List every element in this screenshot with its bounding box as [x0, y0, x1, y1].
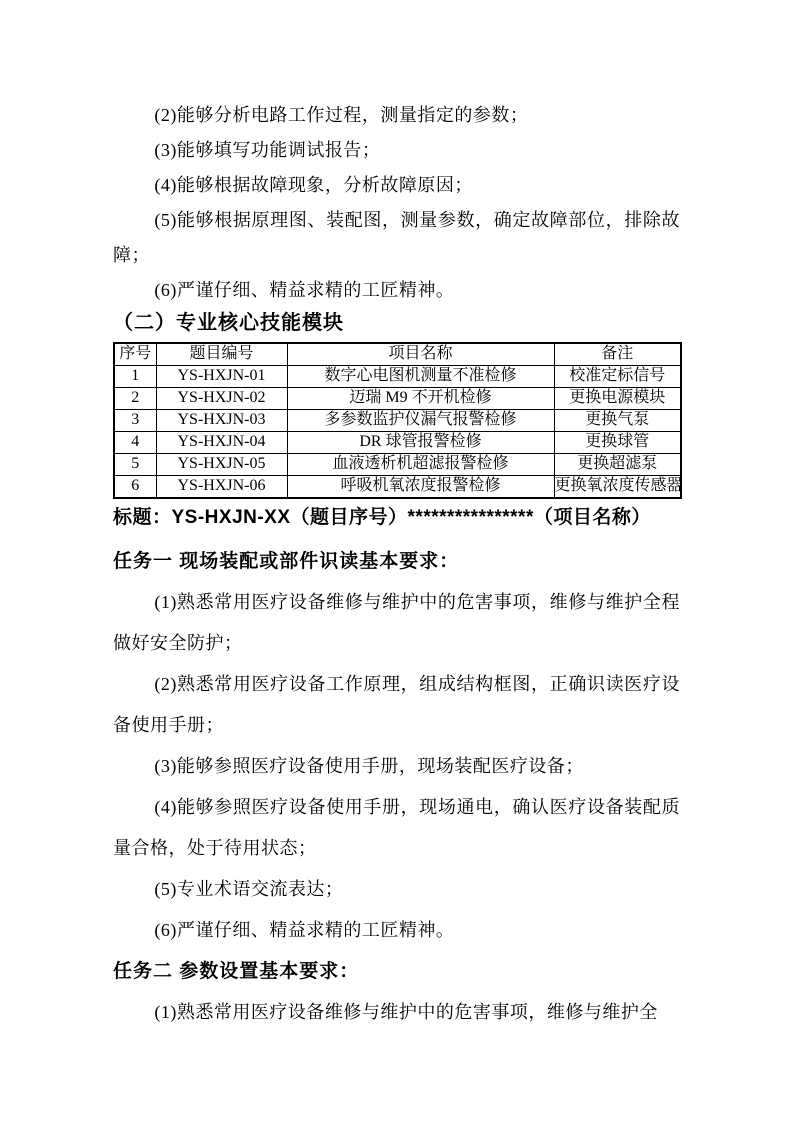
cell-note: 更换气泵 — [554, 410, 681, 432]
intro-item-5: (5)能够根据原理图、装配图，测量参数，确定故障部位，排除故障； — [113, 203, 680, 273]
task1-item-6: (6)严谨仔细、精益求精的工匠精神。 — [113, 910, 680, 951]
table-header-row: 序号 题目编号 项目名称 备注 — [114, 343, 681, 366]
cell-code: YS-HXJN-01 — [156, 366, 287, 388]
intro-item-6: (6)严谨仔细、精益求精的工匠精神。 — [113, 273, 680, 308]
cell-index: 1 — [114, 366, 156, 388]
cell-code: YS-HXJN-02 — [156, 388, 287, 410]
cell-index: 5 — [114, 454, 156, 476]
cell-name: 数字心电图机测量不准检修 — [287, 366, 554, 388]
table-row: 6 YS-HXJN-06 呼吸机氧浓度报警检修 更换氧浓度传感器 — [114, 476, 681, 499]
col-header-name: 项目名称 — [287, 343, 554, 366]
task1-item-2: (2)熟悉常用医疗设备工作原理，组成结构框图，正确识读医疗设备使用手册； — [113, 664, 680, 746]
task1-item-4: (4)能够参照医疗设备使用手册，现场通电，确认医疗设备装配质量合格，处于待用状态… — [113, 787, 680, 869]
cell-name: 多参数监护仪漏气报警检修 — [287, 410, 554, 432]
task1-item-1: (1)熟悉常用医疗设备维修与维护中的危害事项，维修与维护全程做好安全防护； — [113, 582, 680, 664]
table-row: 5 YS-HXJN-05 血液透析机超滤报警检修 更换超滤泵 — [114, 454, 681, 476]
cell-index: 6 — [114, 476, 156, 499]
title-line: 标题：YS-HXJN-XX（题目序号）****************（项目名称… — [113, 499, 680, 537]
cell-code: YS-HXJN-06 — [156, 476, 287, 499]
cell-note: 校准定标信号 — [554, 366, 681, 388]
cell-note: 更换电源模块 — [554, 388, 681, 410]
task2-heading: 任务二 参数设置基本要求： — [113, 951, 680, 992]
cell-code: YS-HXJN-05 — [156, 454, 287, 476]
intro-item-3: (3)能够填写功能调试报告； — [113, 133, 680, 168]
cell-note: 更换球管 — [554, 432, 681, 454]
cell-code: YS-HXJN-03 — [156, 410, 287, 432]
table-row: 1 YS-HXJN-01 数字心电图机测量不准检修 校准定标信号 — [114, 366, 681, 388]
document-page: (2)能够分析电路工作过程，测量指定的参数； (3)能够填写功能调试报告； (4… — [0, 0, 793, 1122]
task1-item-3: (3)能够参照医疗设备使用手册，现场装配医疗设备； — [113, 746, 680, 787]
table-row: 2 YS-HXJN-02 迈瑞 M9 不开机检修 更换电源模块 — [114, 388, 681, 410]
col-header-index: 序号 — [114, 343, 156, 366]
cell-name: 迈瑞 M9 不开机检修 — [287, 388, 554, 410]
intro-item-4: (4)能够根据故障现象，分析故障原因； — [113, 168, 680, 203]
table-row: 3 YS-HXJN-03 多参数监护仪漏气报警检修 更换气泵 — [114, 410, 681, 432]
intro-item-2: (2)能够分析电路工作过程，测量指定的参数； — [113, 98, 680, 133]
task1-item-5: (5)专业术语交流表达； — [113, 869, 680, 910]
section-heading: （二）专业核心技能模块 — [113, 308, 680, 339]
cell-note: 更换超滤泵 — [554, 454, 681, 476]
task1-heading: 任务一 现场装配或部件识读基本要求： — [113, 541, 680, 582]
task2-item-1: (1)熟悉常用医疗设备维修与维护中的危害事项，维修与维护全 — [113, 992, 680, 1033]
cell-code: YS-HXJN-04 — [156, 432, 287, 454]
col-header-note: 备注 — [554, 343, 681, 366]
cell-name: DR 球管报警检修 — [287, 432, 554, 454]
cell-name: 呼吸机氧浓度报警检修 — [287, 476, 554, 499]
cell-index: 3 — [114, 410, 156, 432]
cell-index: 2 — [114, 388, 156, 410]
skills-table: 序号 题目编号 项目名称 备注 1 YS-HXJN-01 数字心电图机测量不准检… — [113, 342, 682, 499]
table-row: 4 YS-HXJN-04 DR 球管报警检修 更换球管 — [114, 432, 681, 454]
col-header-code: 题目编号 — [156, 343, 287, 366]
cell-note: 更换氧浓度传感器 — [554, 476, 681, 499]
cell-name: 血液透析机超滤报警检修 — [287, 454, 554, 476]
cell-index: 4 — [114, 432, 156, 454]
